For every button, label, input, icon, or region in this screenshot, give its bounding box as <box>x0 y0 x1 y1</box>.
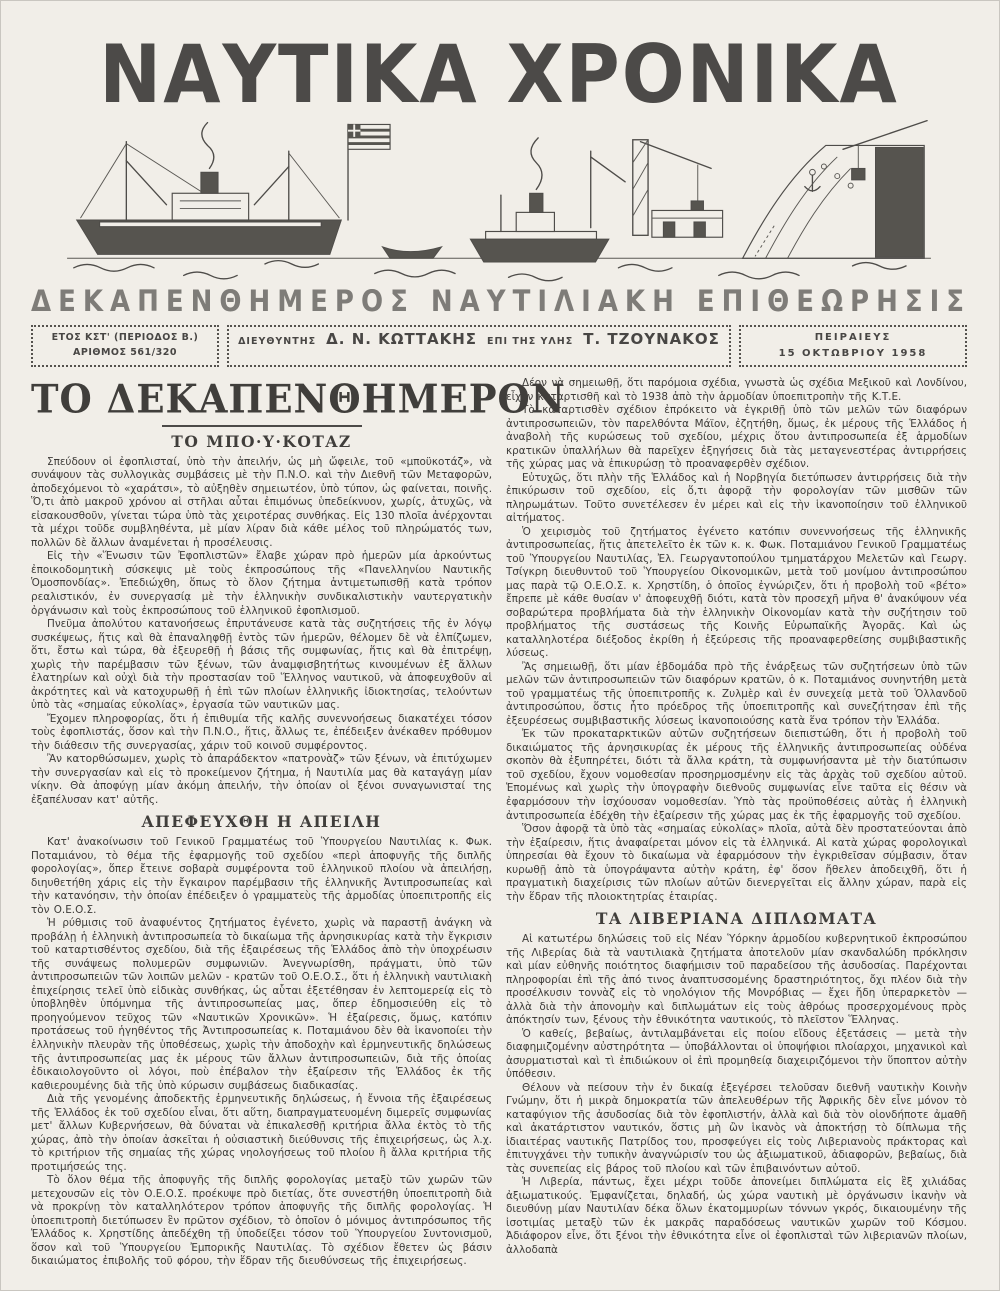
ocean-liner-bow-icon <box>743 121 927 259</box>
small-boat-icon <box>382 247 441 258</box>
paragraph: Ἐκ τῶν προκαταρκτικῶν αὐτῶν συζητήσεων δ… <box>506 728 967 823</box>
smoke-icon <box>531 138 542 190</box>
paragraph: Ὅσον ἀφορᾷ τὰ ὑπὸ τὰς «σημαίας εὐκολίας»… <box>506 823 967 904</box>
greek-flag-icon <box>348 124 390 220</box>
paragraph: Τὸ ὅλον θέμα τῆς ἀποφυγῆς τῆς διπλῆς φορ… <box>31 1174 492 1269</box>
paragraph: Εὐτυχῶς, ὅτι πλὴν τῆς Ἑλλάδος καὶ ἡ Νορβ… <box>506 472 967 526</box>
subheading-threat-averted: ΑΠΕΦΕΥΧΘΗ Η ΑΠΕΙΛΗ <box>31 812 492 831</box>
paragraph: Αἱ κατωτέρω δηλώσεις τοῦ εἰς Νέαν Ὑόρκην… <box>506 933 967 1028</box>
main-article-title: ΤΟ ΔΕΚΑΠΕΝΘΗΜΕΡΟΝ <box>31 379 492 420</box>
paragraph: Δέον νὰ σημειωθῇ, ὅτι παρόμοια σχέδια, γ… <box>506 377 967 404</box>
paragraph: Εἰς τὴν «Ἕνωσιν τῶν Ἐφοπλιστῶν» ἔλαβε χώ… <box>31 550 492 618</box>
place: ΠΕΙΡΑΙΕΥΣ <box>815 330 892 346</box>
cargo-ship-icon <box>77 123 342 255</box>
left-column: ΤΟ ΔΕΚΑΠΕΝΘΗΜΕΡΟΝ ΤΟ ΜΠΟ·Υ·ΚΟΤΑΖ Σπεύδου… <box>31 377 492 1269</box>
smoke-icon <box>202 123 214 169</box>
date: 15 ΟΚΤΩΒΡΙΟΥ 1958 <box>779 346 928 362</box>
paragraph: Ὁ χειρισμὸς τοῦ ζητήματος ἐγένετο κατόπι… <box>506 526 967 661</box>
paragraph: Σπεύδουν οἱ ἐφοπλισταί, ὑπὸ τὴν ἀπειλήν,… <box>31 456 492 551</box>
magazine-page: ΝΑΥΤΙΚΑ ΧΡΟΝΙΚΑ <box>0 0 1000 1291</box>
article-columns: ΤΟ ΔΕΚΑΠΕΝΘΗΜΕΡΟΝ ΤΟ ΜΠΟ·Υ·ΚΟΤΑΖ Σπεύδου… <box>31 377 967 1269</box>
place-date-box: ΠΕΙΡΑΙΕΥΣ 15 ΟΚΤΩΒΡΙΟΥ 1958 <box>739 325 967 367</box>
paragraph: Ἡ ρύθμισις τοῦ ἀναφυέντος ζητήματος ἐγέν… <box>31 917 492 1093</box>
editor-label: ΕΠΙ ΤΗΣ ΥΛΗΣ <box>487 336 573 347</box>
paragraph: Ἂς σημειωθῇ, ὅτι μίαν ἑβδομάδα πρὸ τῆς ἐ… <box>506 661 967 729</box>
subheading-boycott: ΤΟ ΜΠΟ·Υ·ΚΟΤΑΖ <box>31 432 492 451</box>
subheading-liberian-diplomas: ΤΑ ΛΙΒΕΡΙΑΝΑ ΔΙΠΛΩΜΑΤΑ <box>506 909 967 928</box>
paragraph: Πνεῦμα ἀπολύτου κατανοήσεως ἐπρυτάνευσε … <box>31 618 492 713</box>
paragraph: Ἡ Λιβερία, πάντως, ἔχει μέχρι τοῦδε ἀπον… <box>506 1176 967 1257</box>
issue-number: ΑΡΙΘΜΟΣ 561/320 <box>73 346 177 361</box>
paragraph: Διὰ τῆς γενομένης ἀποδεκτῆς ἑρμηνευτικῆς… <box>31 1093 492 1174</box>
paragraph: Κατ' ἀνακοίνωσιν τοῦ Γενικοῦ Γραμματέως … <box>31 836 492 917</box>
harbor-illustration <box>31 113 967 285</box>
director-label: ΔΙΕΥΘΥΝΤΗΣ <box>238 336 316 347</box>
masthead-subtitle: ΔΕΚΑΠΕΝΘΗΜΕΡΟΣ ΝΑΥΤΙΛΙΑΚΗ ΕΠΙΘΕΩΡΗΣΙΣ <box>31 285 967 319</box>
staff-box: ΔΙΕΥΘΥΝΤΗΣ Δ. Ν. ΚΩΤΤΑΚΗΣ ΕΠΙ ΤΗΣ ΥΛΗΣ Τ… <box>227 325 731 367</box>
warehouse-icon <box>652 210 723 237</box>
right-column: Δέον νὰ σημειωθῇ, ὅτι παρόμοια σχέδια, γ… <box>506 377 967 1269</box>
paragraph: Ἂν κατορθώσωμεν, χωρὶς τὸ ἀπαράδεκτον «π… <box>31 753 492 807</box>
title-rule <box>162 425 362 427</box>
issue-year: ΕΤΟΣ ΚΣΤ' (ΠΕΡΙΟΔΟΣ Β.) <box>52 331 199 346</box>
issue-info-bar: ΕΤΟΣ ΚΣΤ' (ΠΕΡΙΟΔΟΣ Β.) ΑΡΙΘΜΟΣ 561/320 … <box>31 325 967 367</box>
editor-name: Τ. ΤΖΟΥΝΑΚΟΣ <box>583 330 720 348</box>
paragraph: Θέλουν νὰ πείσουν τὴν ἐν δικαίᾳ ἐξεγέρσε… <box>506 1082 967 1177</box>
paragraph: Ὁ καθείς, βεβαίως, ἀντιλαμβάνεται εἰς πο… <box>506 1028 967 1082</box>
tugboat-icon <box>470 138 609 262</box>
paragraph: Τὸ καταρτισθὲν σχέδιον ἐπρόκειτο νὰ ἐγκρ… <box>506 404 967 472</box>
masthead-title: ΝΑΥΤΙΚΑ ΧΡΟΝΙΚΑ <box>31 35 967 115</box>
paragraph: Ἔχομεν πληροφορίας, ὅτι ἡ ἐπιθυμία τῆς κ… <box>31 713 492 754</box>
director-name: Δ. Ν. ΚΩΤΤΑΚΗΣ <box>326 330 477 348</box>
issue-number-box: ΕΤΟΣ ΚΣΤ' (ΠΕΡΙΟΔΟΣ Β.) ΑΡΙΘΜΟΣ 561/320 <box>31 325 219 367</box>
